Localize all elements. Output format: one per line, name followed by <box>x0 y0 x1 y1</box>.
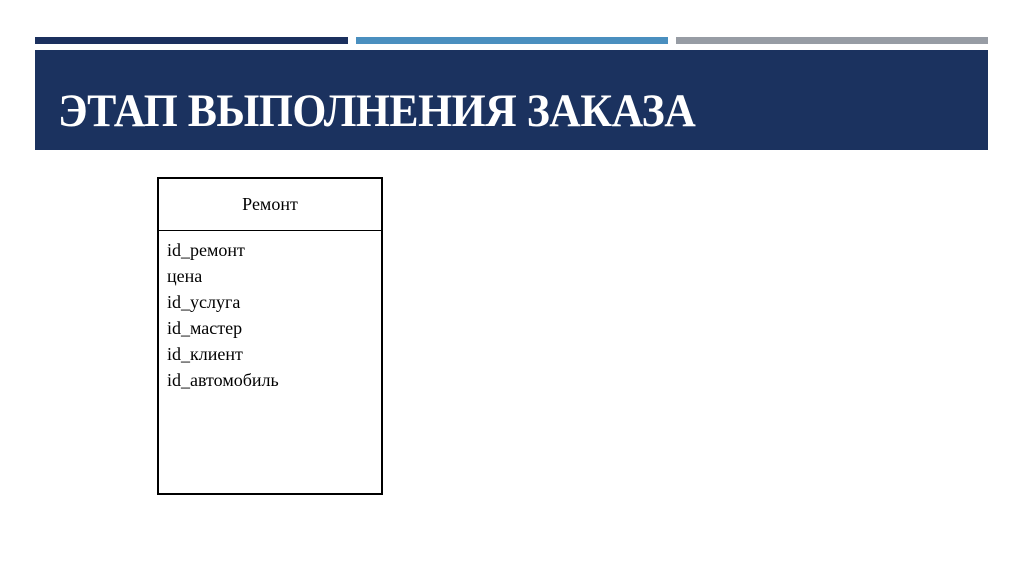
entity-fields: id_ремонт цена id_услуга id_мастер id_кл… <box>159 231 381 393</box>
field-item: id_автомобиль <box>167 367 381 393</box>
entity-name: Ремонт <box>159 179 381 231</box>
field-item: цена <box>167 263 381 289</box>
slide-title: ЭТАП ВЫПОЛНЕНИЯ ЗАКАЗА <box>58 86 695 136</box>
accent-bar-dark <box>35 37 348 44</box>
title-banner: ЭТАП ВЫПОЛНЕНИЯ ЗАКАЗА <box>35 50 988 150</box>
accent-bar-blue <box>356 37 668 44</box>
entity-table-remont: Ремонт id_ремонт цена id_услуга id_масте… <box>157 177 383 495</box>
field-item: id_ремонт <box>167 237 381 263</box>
field-item: id_услуга <box>167 289 381 315</box>
field-item: id_клиент <box>167 341 381 367</box>
accent-bar-gray <box>676 37 988 44</box>
field-item: id_мастер <box>167 315 381 341</box>
